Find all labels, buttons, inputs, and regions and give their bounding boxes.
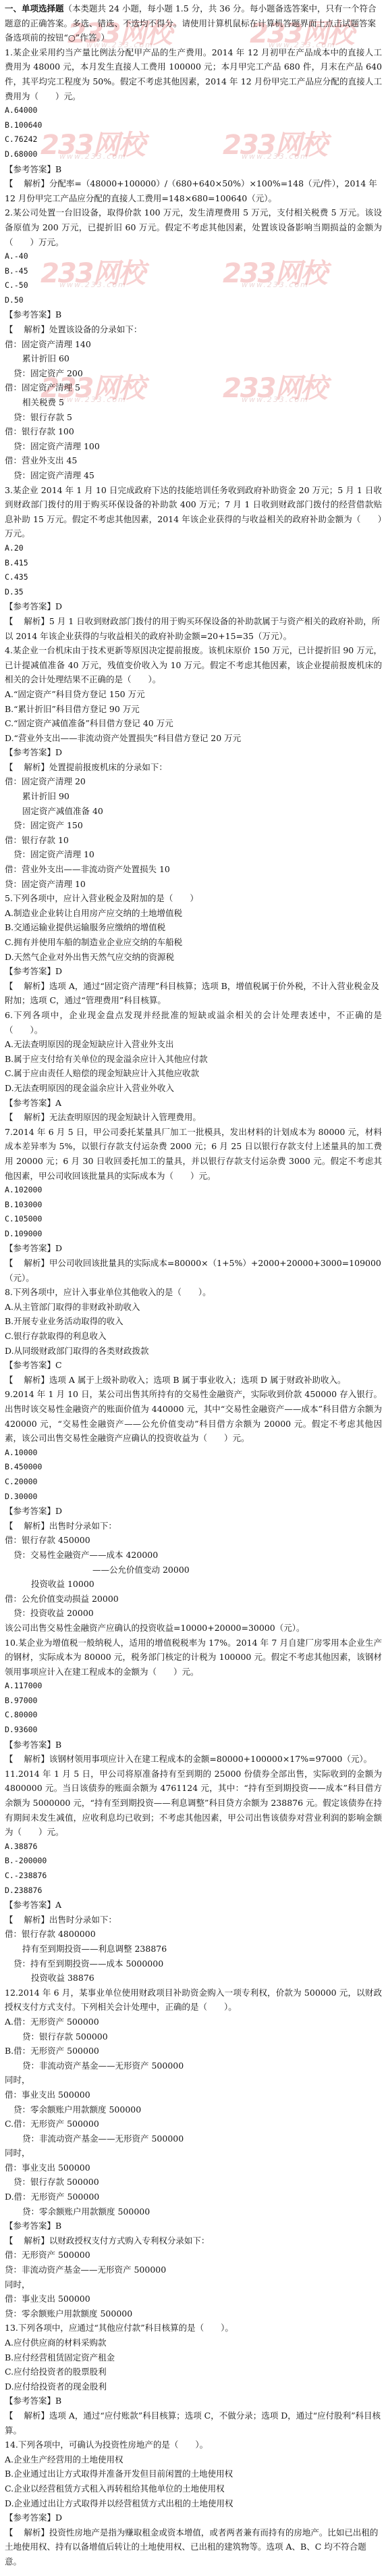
answer-option[interactable]: D.企业通过出让方式取得并以经营租赁方式出租的土地使用权 [5, 2496, 382, 2511]
reference-answer: 【参考答案】D [5, 745, 382, 760]
answer-option[interactable]: A.117000 [5, 1679, 382, 1694]
journal-entry-line: 贷：固定资产清理 10 [5, 877, 382, 892]
analysis-label: 【 解析】 [5, 981, 49, 991]
answer-value: D [55, 1243, 62, 1253]
question-item: 9.2014 年 1 月 10 日，某公司出售其所持有的交易性金融资产，实际收到… [5, 1387, 382, 1635]
answer-option-line[interactable]: 贷：零余额账户用款额度 500000 [5, 2204, 382, 2219]
journal-entry-line: 借：无形资产 500000 [5, 2248, 382, 2263]
journal-entry-line: 固定资产减值准备 40 [5, 804, 382, 819]
answer-label: 【参考答案】 [5, 966, 55, 976]
answer-option[interactable]: B.450000 [5, 1460, 382, 1475]
analysis-label: 【 解析】 [5, 324, 49, 334]
analysis-body: 选项 A，通过“固定资产清理”科目核算；选项 B，增值税属于价外税，不计入营业税… [5, 981, 379, 1006]
answer-value: D [55, 601, 62, 611]
answer-option-line[interactable]: 贷：非流动资产基金——无形资产 500000 [5, 2131, 382, 2146]
answer-value: A [55, 1900, 61, 1910]
journal-entry-line: 借：事业支出 500000 [5, 2292, 382, 2306]
journal-entry-line: ——公允价值变动 20000 [5, 1563, 382, 1577]
reference-answer: 【参考答案】A [5, 1898, 382, 1913]
answer-option[interactable]: A.无法查明原因的现金短缺应计入营业外支出 [5, 1037, 382, 1052]
journal-entry-line: 借：银行存款 4800000 [5, 1927, 382, 1942]
question-stem: 14.下列各项中，可确认为投资性房地产的是（ ）。 [5, 2438, 382, 2452]
answer-option[interactable]: D.应付给投资者的现金股利 [5, 2379, 382, 2394]
analysis-text: 【 解析】5 月 1 日收到财政部门拨付的用于购买环保设备的补助款属于与资产相关… [5, 614, 382, 643]
question-stem: 10.某企业为增值税一般纳税人，适用的增值税税率为 17%。2014 年 7 月… [5, 1636, 382, 1680]
answer-option-line[interactable]: 贷：非流动资产基金——无形资产 500000 [5, 2059, 382, 2073]
answer-option[interactable]: A.制造业企业转让自用房产应交纳的土地增值税 [5, 906, 382, 921]
analysis-body: 出售时分录如下： [49, 1915, 117, 1925]
answer-value: B [55, 164, 61, 174]
analysis-body: 选项 A 属于上级补助收入；选项 B 属于事业收入；选项 D 属于财政补助收入。 [49, 1375, 346, 1385]
section-title: 一、单项选择题 [5, 3, 64, 14]
answer-option[interactable]: B.415 [5, 556, 382, 571]
question-item: 1.某企业采用约当产量比例法分配甲产品的生产费用。2014 年 12 月初甲在产… [5, 45, 382, 206]
answer-option[interactable]: C.-238876 [5, 1869, 382, 1884]
journal-entry-line: 借：营业外支出 45 [5, 453, 382, 468]
reference-answer: 【参考答案】A [5, 1096, 382, 1111]
journal-entry-line: 贷：交易性金融资产——成本 420000 [5, 1548, 382, 1563]
answer-label: 【参考答案】 [5, 2512, 55, 2523]
answer-option[interactable]: C.-50 [5, 278, 382, 293]
journal-entry-line: 借：固定资产清理 5 [5, 380, 382, 395]
question-stem: 1.某企业采用约当产量比例法分配甲产品的生产费用。2014 年 12 月初甲在产… [5, 45, 382, 103]
journal-entry-line: 投资收益 10000 [5, 1577, 382, 1592]
journal-entry-line: 借：银行存款 450000 [5, 1533, 382, 1548]
journal-entry-line: 贷：固定资产清理 45 [5, 468, 382, 483]
reference-answer: 【参考答案】D [5, 964, 382, 979]
answer-option[interactable]: C.80000 [5, 1708, 382, 1723]
journal-entry-line: 累计折旧 60 [5, 351, 382, 366]
question-item: 8.下列各项中，应计入事业单位其他收入的是（ ）。A.从主管部门取得的非财政补助… [5, 1285, 382, 1387]
analysis-text: 【 解析】投资性房地产是指为赚取租金或资本增值，或者两者兼有而持有的房地产。比如… [5, 2525, 382, 2569]
question-item: 10.某企业为增值税一般纳税人，适用的增值税税率为 17%。2014 年 7 月… [5, 1636, 382, 1767]
answer-value: D [55, 2512, 62, 2523]
answer-option[interactable]: A.“固定资产”科目贷方登记 150 万元 [5, 687, 382, 702]
analysis-body: 选项 A，通过“应付账款”科目核算；选项 C，不做分录；选项 D，通过“应付股利… [5, 2410, 381, 2435]
reference-answer: 【参考答案】B [5, 162, 382, 177]
question-item: 14.下列各项中，可确认为投资性房地产的是（ ）。A.企业生产经营用的土地使用权… [5, 2438, 382, 2569]
reference-answer: 【参考答案】D [5, 599, 382, 614]
answer-option-line[interactable]: 贷：零余额账户用款额度 500000 [5, 2102, 382, 2117]
journal-entry-line: 贷：固定资产清理 100 [5, 439, 382, 454]
answer-label: 【参考答案】 [5, 1900, 55, 1910]
analysis-label: 【 解析】 [5, 1375, 49, 1385]
analysis-label: 【 解析】 [5, 1915, 49, 1925]
answer-option-line[interactable]: 借：事业支出 500000 [5, 2088, 382, 2102]
analysis-text: 【 解析】该钢材领用事项应计入在建工程成本的金额=80000+100000×17… [5, 1752, 382, 1767]
journal-entry-line: 贷：零余额账户用款额度 500000 [5, 2306, 382, 2321]
answer-option[interactable]: A.应付供应商的材料采购款 [5, 2335, 382, 2350]
journal-entry-line: 借：银行存款 10 [5, 833, 382, 848]
answer-value: C [55, 1360, 62, 1370]
exam-document: 一、单项选择题（本类题共 24 小题，每小题 1.5 分，共 36 分。每小题备… [0, 0, 386, 2576]
answer-option[interactable]: B.103000 [5, 1198, 382, 1213]
question-stem: 5.下列各项中，应计入营业税金及附加的是（ ） [5, 891, 382, 906]
question-stem: 8.下列各项中，应计入事业单位其他收入的是（ ）。 [5, 1285, 382, 1300]
analysis-text: 【 解析】分配率=（48000+100000）/（680+640×50%）×10… [5, 176, 382, 205]
journal-entry-line: 投资收益 38876 [5, 1971, 382, 1986]
analysis-body: 该钢材领用事项应计入在建工程成本的金额=80000+100000×17%=970… [49, 1754, 372, 1764]
answer-option[interactable]: C.435 [5, 570, 382, 585]
answer-option[interactable]: B.开展专业业务活动取得的收入 [5, 1314, 382, 1329]
question-list: 1.某企业采用约当产量比例法分配甲产品的生产费用。2014 年 12 月初甲在产… [5, 45, 382, 2569]
answer-option-line[interactable]: 贷：银行存款 500000 [5, 2029, 382, 2044]
journal-entry-line: 借：固定资产清理 140 [5, 337, 382, 352]
analysis-body: 投资性房地产是指为赚取租金或资本增值，或者两者兼有而持有的房地产。比如已出租的土… [5, 2527, 378, 2567]
analysis-text: 【 解析】出售时分录如下： [5, 1519, 382, 1534]
reference-answer: 【参考答案】B [5, 307, 382, 322]
reference-answer: 【参考答案】B [5, 1738, 382, 1752]
answer-option[interactable]: D.无法查明原因的现金溢余应计入营业外收入 [5, 1081, 382, 1096]
answer-option[interactable]: A.20 [5, 541, 382, 556]
answer-option[interactable]: A.-40 [5, 249, 382, 264]
answer-label: 【参考答案】 [5, 2221, 55, 2231]
analysis-label: 【 解析】 [5, 2410, 49, 2421]
answer-option[interactable]: A.38876 [5, 1840, 382, 1854]
question-item: 5.下列各项中，应计入营业税金及附加的是（ ）A.制造业企业转让自用房产应交纳的… [5, 891, 382, 1008]
analysis-label: 【 解析】 [5, 2236, 49, 2246]
answer-value: B [55, 1740, 61, 1750]
answer-value: D [55, 747, 62, 757]
question-stem: 12.2014 年 6 月，某事业单位使用财政项目补助资金购入一项专利权，价款为… [5, 1986, 382, 2015]
analysis-label: 【 解析】 [5, 762, 49, 772]
journal-entry-line: 贷：固定资产 200 [5, 366, 382, 381]
answer-label: 【参考答案】 [5, 1243, 55, 1253]
answer-option[interactable]: D.35 [5, 585, 382, 600]
answer-value: B [55, 309, 61, 320]
analysis-text: 【 解析】无法查明原因的现金短缺计入管理费用。 [5, 1110, 382, 1125]
answer-option[interactable]: A.10000 [5, 1446, 382, 1461]
question-item: 6.下列各项中，企业现金盘点发现并经批准的短缺或溢余相关的会计处理表述中，不正确… [5, 1008, 382, 1125]
answer-option[interactable]: B.97000 [5, 1694, 382, 1709]
journal-entry-line: 贷：非流动资产基金——无形资产 500000 [5, 2263, 382, 2277]
journal-entry-line: 累计折旧 90 [5, 789, 382, 804]
answer-option-line[interactable]: 同时， [5, 2146, 382, 2161]
question-item: 12.2014 年 6 月，某事业单位使用财政项目补助资金购入一项专利权，价款为… [5, 1986, 382, 2321]
answer-option[interactable]: D.109000 [5, 1227, 382, 1242]
analysis-body: 出售时分录如下： [49, 1521, 117, 1531]
answer-option[interactable]: C.银行存款取得的利息收入 [5, 1329, 382, 1344]
question-item: 4.某企业一台机床由于技术更新等原因决定提前报废。该机床原价 150 万元，已计… [5, 643, 382, 891]
answer-label: 【参考答案】 [5, 309, 55, 320]
analysis-label: 【 解析】 [5, 1521, 49, 1531]
answer-option[interactable]: C.76242 [5, 132, 382, 147]
reference-answer: 【参考答案】C [5, 1358, 382, 1373]
answer-option[interactable]: A.102000 [5, 1183, 382, 1198]
answer-label: 【参考答案】 [5, 2396, 55, 2406]
question-item: 11.2014 年 1 月 5 日，甲公司将原准备持有至到期的 25000 份债… [5, 1767, 382, 1986]
answer-option[interactable]: D.68000 [5, 147, 382, 162]
answer-option[interactable]: B.“累计折旧”科目借方登记 90 万元 [5, 702, 382, 717]
journal-entry-line: 借：银行存款 100 [5, 424, 382, 439]
answer-value: D [55, 966, 62, 976]
answer-option[interactable]: B.交通运输业提供运输服务应缴纳的增值税 [5, 920, 382, 935]
analysis-text: 【 解析】选项 A，通过“固定资产清理”科目核算；选项 B，增值税属于价外税，不… [5, 979, 382, 1008]
answer-option[interactable]: D.天然气企业对外出售天然气应交纳的资源税 [5, 950, 382, 965]
analysis-label: 【 解析】 [5, 1754, 49, 1764]
answer-value: B [55, 2221, 61, 2231]
analysis-text: 【 解析】甲公司收回该批量具的实际成本=80000×（1+5%）+2000+20… [5, 1256, 382, 1285]
answer-option[interactable]: B.100640 [5, 118, 382, 133]
journal-entry-line: 同时， [5, 2277, 382, 2292]
answer-option-line[interactable]: D.借：无形资产 500000 [5, 2190, 382, 2204]
question-stem: 4.某企业一台机床由于技术更新等原因决定提前报废。该机床原价 150 万元，已计… [5, 643, 382, 687]
answer-option-line[interactable]: B.借：无形资产 500000 [5, 2044, 382, 2059]
journal-entry-line: 借：营业外支出——非流动资产处置损失 10 [5, 862, 382, 877]
journal-entry-line: 相关税费 5 [5, 395, 382, 410]
answer-label: 【参考答案】 [5, 601, 55, 611]
analysis-label: 【 解析】 [5, 1258, 49, 1268]
answer-option[interactable]: D.“营业外支出——非流动资产处置损失”科目借方登记 20 万元 [5, 731, 382, 746]
answer-option[interactable]: C.拥有并使用车船的制造业企业应交纳的车船税 [5, 935, 382, 950]
answer-option-line[interactable]: 同时， [5, 2073, 382, 2088]
answer-option-line[interactable]: A.借：无形资产 500000 [5, 2015, 382, 2029]
answer-label: 【参考答案】 [5, 1740, 55, 1750]
reference-answer: 【参考答案】B [5, 2394, 382, 2408]
answer-value: B [55, 2396, 61, 2406]
analysis-body: 无法查明原因的现金短缺计入管理费用。 [49, 1112, 201, 1122]
answer-option[interactable]: A.64000 [5, 103, 382, 118]
answer-option[interactable]: A.从主管部门取得的非财政补助收入 [5, 1300, 382, 1315]
answer-option[interactable]: C.属于应由责任人赔偿的现金短缺应计入其他应收款 [5, 1066, 382, 1081]
analysis-body: 处置该设备的分录如下： [49, 324, 142, 334]
answer-option[interactable]: D.50 [5, 293, 382, 308]
answer-label: 【参考答案】 [5, 747, 55, 757]
question-stem: 9.2014 年 1 月 10 日，某公司出售其所持有的交易性金融资产，实际收到… [5, 1387, 382, 1445]
question-item: 13.下列各项中，应通过“其他应付款”科目核算的是（ ）。A.应付供应商的材料采… [5, 2321, 382, 2438]
analysis-text: 【 解析】处置提前报废机床的分录如下： [5, 760, 382, 775]
answer-option[interactable]: C.20000 [5, 1475, 382, 1490]
analysis-body: 甲公司收回该批量具的实际成本=80000×（1+5%）+2000+20000+3… [5, 1258, 381, 1283]
answer-option[interactable]: B.-200000 [5, 1854, 382, 1869]
journal-entry-line: 贷：银行存款 5 [5, 410, 382, 425]
question-stem: 3.某企业 2014 年 1 月 10 日完成政府下达的技能培训任务收到政府补助… [5, 483, 382, 541]
answer-option[interactable]: B.属于应支付给有关单位的现金溢余应计入其他应付款 [5, 1052, 382, 1067]
analysis-label: 【 解析】 [5, 178, 49, 188]
analysis-text: 【 解析】以财政授权支付方式购入专利权分录如下： [5, 2233, 382, 2248]
answer-option[interactable]: C.“固定资产减值准备”科目借方登记 40 万元 [5, 716, 382, 731]
journal-entry-line: 贷：固定资产 150 [5, 818, 382, 833]
question-item: 2.某公司处置一台旧设备，取得价款 100 万元，发生清理费用 5 万元，支付相… [5, 205, 382, 482]
reference-answer: 【参考答案】B [5, 2219, 382, 2233]
question-stem: 2.某公司处置一台旧设备，取得价款 100 万元，发生清理费用 5 万元，支付相… [5, 205, 382, 249]
analysis-text: 【 解析】处置该设备的分录如下： [5, 322, 382, 337]
question-stem: 7.2014 年 6 月 5 日，甲公司委托某量具厂加工一批模具，发出材料的计划… [5, 1125, 382, 1183]
question-item: 7.2014 年 6 月 5 日，甲公司委托某量具厂加工一批模具，发出材料的计划… [5, 1125, 382, 1286]
analysis-body: 处置提前报废机床的分录如下： [49, 762, 167, 772]
journal-entry-line: 持有至到期投资——利息调整 238876 [5, 1942, 382, 1956]
answer-option[interactable]: B.应付经营租赁固定资产租金 [5, 2350, 382, 2365]
answer-option-line[interactable]: 借：事业支出 500000 [5, 2161, 382, 2175]
answer-option[interactable]: D.30000 [5, 1490, 382, 1505]
analysis-conclusion: 该公司出售交易性金融资产应确认的投资收益=10000+20000=30000（元… [5, 1621, 382, 1636]
answer-option[interactable]: A.企业生产经营用的土地使用权 [5, 2452, 382, 2467]
analysis-body: 5 月 1 日收到财政部门拨付的用于购买环保设备的补助款属于与资产相关的政府补助… [5, 616, 380, 641]
answer-option[interactable]: D.从同级财政部门取得的各类财政拨款 [5, 1344, 382, 1359]
answer-option[interactable]: C.105000 [5, 1212, 382, 1227]
answer-option[interactable]: D.93600 [5, 1723, 382, 1738]
analysis-body: 分配率=（48000+100000）/（680+640×50%）×100%=14… [5, 178, 380, 203]
question-stem: 13.下列各项中，应通过“其他应付款”科目核算的是（ ）。 [5, 2321, 382, 2335]
answer-label: 【参考答案】 [5, 1098, 55, 1108]
journal-entry-line: 贷：固定资产清理 10 [5, 847, 382, 862]
answer-label: 【参考答案】 [5, 1506, 55, 1516]
section-header: 一、单项选择题（本类题共 24 小题，每小题 1.5 分，共 36 分。每小题备… [5, 1, 382, 45]
analysis-body: 以财政授权支付方式购入专利权分录如下： [49, 2236, 210, 2246]
answer-label: 【参考答案】 [5, 164, 55, 174]
answer-label: 【参考答案】 [5, 1360, 55, 1370]
answer-value: A [55, 1098, 61, 1108]
question-stem: 11.2014 年 1 月 5 日，甲公司将原准备持有至到期的 25000 份债… [5, 1767, 382, 1840]
analysis-text: 【 解析】选项 A，通过“应付账款”科目核算；选项 C，不做分录；选项 D，通过… [5, 2408, 382, 2438]
reference-answer: 【参考答案】D [5, 2510, 382, 2525]
analysis-text: 【 解析】选项 A 属于上级补助收入；选项 B 属于事业收入；选项 D 属于财政… [5, 1373, 382, 1388]
analysis-text: 【 解析】出售时分录如下： [5, 1913, 382, 1927]
answer-option[interactable]: B.企业通过出让方式取得并准备开发但目前闲置的土地使用权 [5, 2467, 382, 2481]
reference-answer: 【参考答案】D [5, 1241, 382, 1256]
analysis-label: 【 解析】 [5, 2527, 49, 2537]
journal-entry-line: 贷：投资收益 20000 [5, 1606, 382, 1621]
answer-value: D [55, 1506, 62, 1516]
journal-entry-line: 借：公允价值变动损益 20000 [5, 1592, 382, 1607]
answer-option[interactable]: B.-45 [5, 264, 382, 279]
answer-option[interactable]: C.应付给投资者的股票股利 [5, 2365, 382, 2379]
answer-option-line[interactable]: C.借：无形资产 500000 [5, 2117, 382, 2131]
analysis-label: 【 解析】 [5, 616, 49, 626]
question-stem: 6.下列各项中，企业现金盘点发现并经批准的短缺或溢余相关的会计处理表述中，不正确… [5, 1008, 382, 1037]
reference-answer: 【参考答案】D [5, 1504, 382, 1519]
answer-option[interactable]: D.238876 [5, 1884, 382, 1898]
journal-entry-line: 借：固定资产清理 20 [5, 774, 382, 789]
answer-option[interactable]: C.企业以经营租赁方式租入再转租给其他单位的土地使用权 [5, 2481, 382, 2496]
journal-entry-line: 贷：持有至到期投资——成本 5000000 [5, 1956, 382, 1971]
answer-option-line[interactable]: 贷：银行存款 500000 [5, 2175, 382, 2190]
analysis-label: 【 解析】 [5, 1112, 49, 1122]
question-item: 3.某企业 2014 年 1 月 10 日完成政府下达的技能培训任务收到政府补助… [5, 483, 382, 644]
